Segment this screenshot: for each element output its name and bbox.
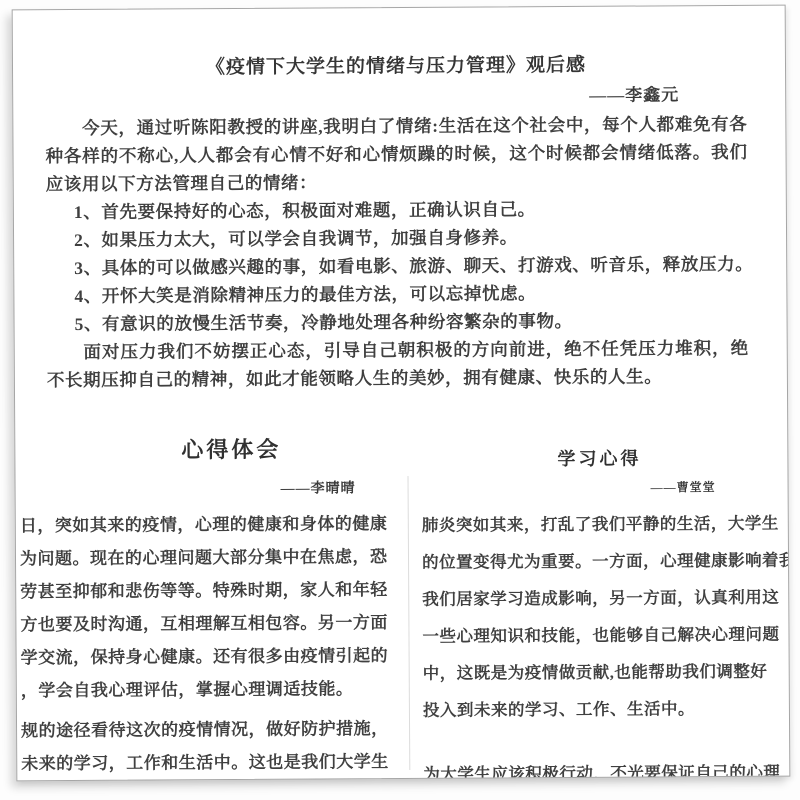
- essay-point: 5、有意识的放慢生活节奏，冷静地处理各种纷容繁杂的事物。: [46, 306, 748, 338]
- text-line: 我们居家学习造成影响，另一方面，认真利用这: [422, 579, 788, 618]
- text-line: 的位置变得尤为重要。一方面，心理健康影响着我: [422, 542, 788, 581]
- text-line: 日，突如其来的疫情，心理的健康和身体的健康: [20, 507, 408, 542]
- left-column-note: 心得体会 ——李晴晴 日，突如其来的疫情，心理的健康和身体的健康 为问题。现在的…: [15, 424, 409, 780]
- text-line: 劳甚至抑郁和悲伤等等。特殊时期，家人和年轻: [20, 573, 408, 608]
- text-line: 未来的学习，工作和生活中。这也是我们大学生: [21, 745, 409, 780]
- right-column-note: 学习心得 ——曹堂堂 肺炎突如其来，打乱了我们平静的生活，大学生 的位置变得尤为…: [411, 422, 789, 778]
- text-line: 方也要及时沟通，互相理解互相包容。另一方面: [20, 606, 408, 641]
- essay-point: 4、开怀大笑是消除精神压力的最佳方法，可以忘掉忧虑。: [46, 278, 748, 310]
- essay-section: 《疫情下大学生的情绪与压力管理》观后感 ——李鑫元 今天，通过听陈阳教授的讲座,…: [45, 52, 749, 394]
- text-line: 为问题。现在的心理问题大部分集中在焦虑，恐: [20, 540, 408, 575]
- document-page: 《疫情下大学生的情绪与压力管理》观后感 ——李鑫元 今天，通过听陈阳教授的讲座,…: [12, 5, 791, 782]
- essay-paragraph-1: 今天，通过听陈阳教授的讲座,我明白了情绪:生活在这个社会中，每个人都难免有各种各…: [45, 110, 748, 198]
- essay-point: 1、首先要保持好的心态，积极面对难题，正确认识自己。: [46, 194, 748, 226]
- essay-point: 3、具体的可以做感兴趣的事，如看电影、旅游、聊天、打游戏、听音乐，释放压力。: [46, 250, 748, 282]
- left-column-body: 日，突如其来的疫情，心理的健康和身体的健康 为问题。现在的心理问题大部分集中在焦…: [16, 507, 410, 780]
- left-column-author: ——李晴晴: [16, 477, 408, 499]
- text-line: 中，这既是为疫情做贡献,也能帮助我们调整好: [423, 653, 789, 692]
- left-column-heading: 心得体会: [15, 432, 407, 465]
- text-line: 规的途径看待这次的疫情情况，做好防护措施，: [21, 712, 409, 747]
- essay-title: 《疫情下大学生的情绪与压力管理》观后感: [45, 52, 747, 82]
- text-line: 为大学生应该积极行动，不光要保证自己的心理: [423, 754, 789, 778]
- text-line: 一些心理知识和技能，也能够自己解决心理问题: [422, 616, 788, 655]
- essay-author: ——李鑫元: [45, 80, 747, 114]
- text-line: 肺炎突如其来，打乱了我们平静的生活，大学生: [422, 505, 788, 544]
- right-column-heading: 学习心得: [411, 444, 787, 472]
- essay-point-list: 1、首先要保持好的心态，积极面对难题，正确认识自己。 2、如果压力太大，可以学会…: [46, 194, 749, 338]
- text-line: 投入到未来的学习、工作、生活中。: [423, 690, 789, 729]
- right-column-body: 肺炎突如其来，打乱了我们平静的生活，大学生 的位置变得尤为重要。一方面，心理健康…: [412, 505, 790, 778]
- text-line: 学交流，保持身心健康。还有很多由疫情引起的: [21, 639, 409, 674]
- scanned-document-screenshot: 《疫情下大学生的情绪与压力管理》观后感 ——李鑫元 今天，通过听陈阳教授的讲座,…: [0, 0, 800, 800]
- essay-point: 2、如果压力太大，可以学会自我调节，加强自身修养。: [46, 222, 748, 254]
- text-line: ，学会自我心理评估，掌握心理调适技能。: [21, 672, 409, 707]
- right-column-author: ——曹堂堂: [412, 478, 788, 497]
- essay-paragraph-2: 面对压力我们不妨摆正心态，引导自己朝积极的方向前进，绝不任凭压力堆积，绝不长期压…: [47, 334, 749, 394]
